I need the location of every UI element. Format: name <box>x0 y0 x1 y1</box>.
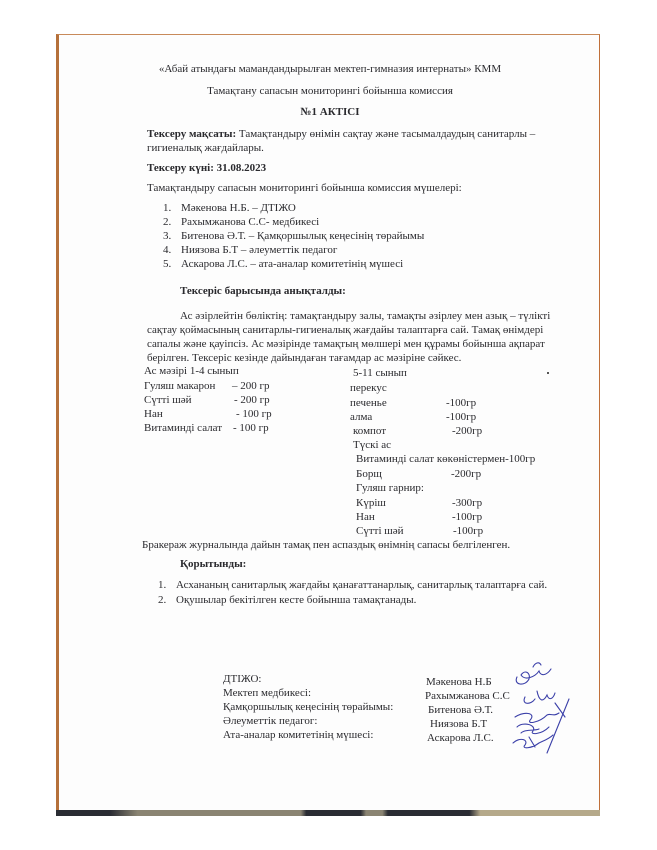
findings-heading: Тексеріс барысында анықталды: <box>180 285 346 298</box>
snack-item-name: компот <box>353 425 386 438</box>
menu-item-name: Гуляш макарон <box>144 380 215 393</box>
signature-role: ДТІЖО: <box>223 673 261 686</box>
member-item: 4.Ниязова Б.Т – әлеуметтік педагог <box>163 244 337 257</box>
findings-line: берілген. Тексеріс кезінде дайындаған та… <box>147 352 461 365</box>
member-item: 2.Рахымжанова С.С- медбикесі <box>163 216 319 229</box>
menu-item-amount: - 100 гр <box>236 408 272 421</box>
purpose-line: Тексеру мақсаты: Тамақтандыру өнімін сақ… <box>147 128 535 141</box>
menu-item-name: Нан <box>144 408 163 421</box>
signature-name: Битенова Ә.Т. <box>428 704 493 717</box>
snack-item-amount: -200гр <box>452 425 482 438</box>
lunch-item-name: Борщ <box>356 468 382 481</box>
organization-name: «Абай атындағы мамандандырылған мектеп-г… <box>60 63 600 76</box>
snack-item-amount: -100гр <box>446 411 476 424</box>
member-item: 3.Битенова Ә.Т. – Қамқоршылық кеңесінің … <box>163 230 424 243</box>
lunch-item-amount: -200гр <box>451 468 481 481</box>
lunch-item-amount: -100гр <box>453 525 483 538</box>
menu-item-amount: - 200 гр <box>234 394 270 407</box>
snack-item-amount: -100гр <box>446 397 476 410</box>
snack-label: перекус <box>350 382 387 395</box>
stray-dot <box>547 372 549 374</box>
lunch-item-name: Нан <box>356 511 375 524</box>
menu-item-name: Витаминді салат <box>144 422 222 435</box>
garnish-label: Гуляш гарнир: <box>356 482 424 495</box>
signature-name: Аскарова Л.С. <box>427 732 494 745</box>
menu-1-4-title: Ас мәзірі 1-4 сынып <box>144 365 239 378</box>
signature-role: Ата-аналар комитетінің мүшесі: <box>223 729 373 742</box>
inspection-date: Тексеру күні: 31.08.2023 <box>147 162 266 175</box>
members-intro: Тамақтандыру сапасын мониторингі бойынша… <box>147 182 462 195</box>
purpose-label: Тексеру мақсаты: <box>147 128 236 140</box>
lunch-label: Түскі ас <box>353 439 391 452</box>
lunch-item-amount: -100гр <box>452 511 482 524</box>
member-item: 1.Мәкенова Н.Б. – ДТІЖО <box>163 202 296 215</box>
member-item: 5.Аскарова Л.С. – ата-аналар комитетінің… <box>163 258 403 271</box>
menu-item-amount: - 100 гр <box>233 422 269 435</box>
conclusion-item: 2.Оқушылар бекітілген кесте бойынша тама… <box>158 594 416 607</box>
handwritten-signatures <box>495 655 585 755</box>
conclusions-heading: Қорытынды: <box>180 558 246 571</box>
signature-name: Мәкенова Н.Б <box>426 676 492 689</box>
commission-name: Тамақтану сапасын мониторингі бойынша ко… <box>60 85 600 98</box>
lunch-item-name: Күріш <box>356 497 386 510</box>
signature-role: Қамқоршылық кеңесінің төрайымы: <box>223 701 393 714</box>
scan-edge-band <box>56 810 600 816</box>
menu-item-amount: – 200 гр <box>232 380 270 393</box>
signature-role: Әлеуметтік педагог: <box>223 715 317 728</box>
signature-role: Мектеп медбикесі: <box>223 687 311 700</box>
snack-item-name: алма <box>350 411 372 424</box>
findings-line: сақтау қоймасының санитарлы-гигиеналық ж… <box>147 324 543 337</box>
snack-item-name: печенье <box>350 397 387 410</box>
lunch-item-name: Сүтті шәй <box>356 525 404 538</box>
purpose-text: Тамақтандыру өнімін сақтау және тасымалд… <box>236 128 535 140</box>
brakerage-note: Бракераж журналында дайын тамақ пен аспа… <box>142 539 510 552</box>
purpose-text-cont: гигиеналық жағдайлары. <box>147 142 264 155</box>
act-title: №1 АКТІСІ <box>60 106 600 119</box>
menu-5-11-title: 5-11 сынып <box>353 367 407 380</box>
lunch-salad: Витаминді салат көкөністермен-100гр <box>356 453 535 466</box>
lunch-item-amount: -300гр <box>452 497 482 510</box>
conclusion-item: 1.Асхананың санитарлық жағдайы қанағатта… <box>158 579 547 592</box>
findings-line: Ас әзірлейтін бөліктің: тамақтандыру зал… <box>180 310 550 323</box>
findings-line: сапалы және қауіпсіз. Ас мәзірінде тамақ… <box>147 338 545 351</box>
menu-item-name: Сүтті шәй <box>144 394 192 407</box>
signature-name: Ниязова Б.Т <box>430 718 487 731</box>
